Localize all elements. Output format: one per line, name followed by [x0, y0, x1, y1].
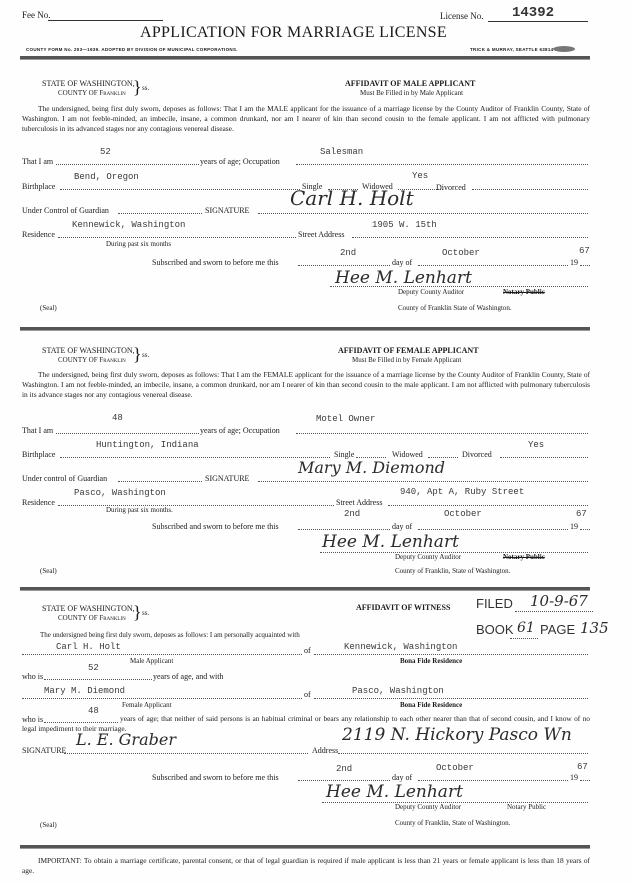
seal-label: (Seal) — [40, 821, 57, 829]
sworn-day-field[interactable] — [298, 520, 390, 530]
county-state-label: County of Franklin State of Washington. — [398, 304, 512, 312]
section-divider — [20, 845, 590, 849]
sworn-day-value: 2nd — [344, 509, 360, 519]
sworn-day-value: 2nd — [340, 248, 356, 258]
county-state-label: County of Franklin, State of Washington. — [395, 567, 510, 575]
section-subheading: Must Be Filled in by Female Applicant — [352, 356, 461, 364]
who-is-label: who is — [22, 672, 43, 681]
male-residence-value: Kennewick, Washington — [344, 642, 457, 652]
day-of-label: day of — [392, 522, 412, 531]
sworn-month-value: October — [444, 509, 482, 519]
sworn-label: Subscribed and sworn to before me this — [152, 522, 279, 531]
divorced-label: Divorced — [436, 183, 466, 192]
birthplace-label: Birthplace — [22, 182, 55, 191]
sworn-month-field[interactable] — [418, 256, 568, 266]
age-field[interactable] — [56, 155, 199, 165]
guardian-label: Under control of Guardian — [22, 474, 107, 483]
address-label: Address — [312, 746, 338, 755]
brace-icon: } — [133, 345, 142, 363]
female-signature: Mary M. Diemond — [298, 458, 445, 477]
birthplace-value: Huntington, Indiana — [96, 440, 199, 450]
section-heading: AFFIDAVIT OF FEMALE APPLICANT — [338, 346, 479, 355]
year-prefix: 19 — [570, 522, 578, 531]
ss-label: ss. — [142, 351, 149, 359]
birthplace-label: Birthplace — [22, 450, 55, 459]
occupation-value: Motel Owner — [316, 414, 375, 424]
state-label: STATE OF WASHINGTON, — [42, 79, 135, 88]
street-value: 940, Apt A, Ruby Street — [400, 487, 524, 497]
auditor-signature: Hee M. Lenhart — [322, 532, 459, 552]
sworn-label: Subscribed and sworn to before me this — [152, 258, 279, 267]
license-field[interactable] — [488, 21, 588, 22]
address-value: 2119 N. Hickory Pasco Wn — [342, 725, 572, 745]
bona-fide-label: Bona Fide Residence — [400, 657, 462, 665]
filed-value: 10-9-67 — [530, 592, 588, 610]
witness-intro: The undersigned being first duly sworn, … — [40, 631, 300, 639]
female-residence-field[interactable] — [314, 697, 588, 699]
sworn-year-field[interactable] — [580, 256, 590, 266]
county-state-label: County of Franklin, State of Washington. — [395, 819, 510, 827]
occupation-value: Salesman — [320, 147, 363, 157]
widowed-field[interactable] — [428, 448, 458, 458]
year-prefix: 19 — [570, 258, 578, 267]
sworn-year-field[interactable] — [580, 771, 590, 781]
sworn-day-value: 2nd — [336, 764, 352, 774]
signature-label: SIGNATURE — [22, 746, 66, 755]
book-label: BOOK — [476, 622, 514, 637]
occupation-label: years of age; Occupation — [200, 426, 280, 435]
header-divider — [20, 56, 590, 60]
county-label: COUNTY OF Franklin — [58, 89, 126, 97]
day-of-label: day of — [392, 773, 412, 782]
of-label: of — [304, 646, 311, 655]
auditor-signature: Hee M. Lenhart — [326, 782, 463, 802]
and-with-label: years of age, and with — [153, 672, 223, 681]
witness-signature: L. E. Graber — [76, 730, 176, 749]
age-label: That I am — [22, 157, 53, 166]
female-name-value: Mary M. Diemond — [44, 686, 125, 696]
seal-label: (Seal) — [40, 567, 57, 575]
fee-field[interactable] — [48, 20, 163, 21]
guardian-label: Under Control of Guardian — [22, 206, 109, 215]
residence-note: During past six months — [106, 240, 171, 248]
section-divider — [20, 327, 590, 331]
license-number: 14392 — [512, 5, 554, 21]
age-label: That I am — [22, 426, 53, 435]
deputy-label: Deputy County Auditor — [395, 553, 461, 561]
oath-paragraph: The undersigned, being first duly sworn,… — [22, 370, 590, 400]
street-label: Street Address — [336, 498, 382, 507]
male-name-value: Carl H. Holt — [56, 642, 121, 652]
notary-label: Notary Public — [503, 553, 545, 561]
widowed-value: Yes — [412, 171, 428, 181]
age-field[interactable] — [56, 424, 199, 434]
residence-label: Residence — [22, 230, 55, 239]
age-value: 52 — [100, 147, 111, 157]
notary-label: Notary Public — [503, 288, 545, 296]
sworn-year-value: 67 — [576, 509, 587, 519]
oath-paragraph: The undersigned, being first duly sworn,… — [22, 104, 590, 134]
sworn-month-field[interactable] — [418, 520, 568, 530]
brace-icon: } — [133, 603, 142, 621]
state-label: STATE OF WASHINGTON, — [42, 604, 135, 613]
sworn-month-value: October — [436, 763, 474, 773]
notary-label: Notary Public — [507, 803, 546, 811]
union-bug-icon — [553, 46, 575, 52]
year-prefix: 19 — [570, 773, 578, 782]
license-label: License No. — [440, 11, 483, 21]
sworn-label: Subscribed and sworn to before me this — [152, 773, 279, 782]
signature-label: SIGNATURE — [205, 206, 249, 215]
filed-label: FILED — [476, 596, 513, 611]
sworn-month-value: October — [442, 248, 480, 258]
form-note: COUNTY FORM No. 203—1939. ADOPTED BY DIV… — [26, 47, 238, 52]
signature-label: SIGNATURE — [205, 474, 249, 483]
printer-note: TRICK & MURRAY, SEATTLE 63814 — [470, 47, 553, 52]
age-value: 48 — [112, 413, 123, 423]
street-label: Street Address — [298, 230, 344, 239]
sworn-year-value: 67 — [577, 762, 588, 772]
deputy-label: Deputy County Auditor — [398, 288, 464, 296]
county-label: COUNTY OF Franklin — [58, 614, 126, 622]
single-field[interactable] — [356, 448, 386, 458]
residence-label: Residence — [22, 498, 55, 507]
ss-label: ss. — [142, 84, 149, 92]
ss-label: ss. — [142, 609, 149, 617]
guardian-field[interactable] — [118, 204, 202, 214]
guardian-field[interactable] — [118, 472, 202, 482]
brace-icon: } — [133, 78, 142, 96]
section-divider — [20, 587, 590, 591]
bona-fide-label: Bona Fide Residence — [400, 701, 462, 709]
divorced-field[interactable] — [472, 180, 588, 190]
residence-value: Kennewick, Washington — [72, 220, 185, 230]
birthplace-value: Bend, Oregon — [74, 172, 139, 182]
day-of-label: day of — [392, 258, 412, 267]
auditor-signature: Hee M. Lenhart — [335, 268, 472, 288]
important-note: IMPORTANT: To obtain a marriage certific… — [22, 856, 590, 876]
page-title: APPLICATION FOR MARRIAGE LICENSE — [140, 24, 447, 42]
fee-label: Fee No. — [22, 10, 51, 20]
divorced-label: Divorced — [462, 450, 492, 459]
deputy-label: Deputy County Auditor — [395, 803, 461, 811]
female-applicant-label: Female Applicant — [122, 701, 172, 709]
seal-label: (Seal) — [40, 304, 57, 312]
section-subheading: Must Be Filled in by Male Applicant — [360, 89, 463, 97]
divorced-value: Yes — [528, 440, 544, 450]
book-value: 61 — [517, 620, 535, 636]
male-age-value: 52 — [88, 663, 99, 673]
page-label: PAGE — [540, 622, 575, 637]
male-name-field[interactable] — [22, 653, 302, 655]
section-heading: AFFIDAVIT OF WITNESS — [356, 603, 450, 612]
residence-note: During past six months. — [106, 506, 173, 514]
street-field[interactable] — [388, 496, 588, 506]
residence-value: Pasco, Washington — [74, 488, 166, 498]
street-value: 1905 W. 15th — [372, 220, 437, 230]
sworn-year-field[interactable] — [580, 520, 590, 530]
occupation-label: years of age; Occupation — [200, 157, 280, 166]
female-name-field[interactable] — [22, 697, 302, 699]
male-residence-field[interactable] — [314, 653, 588, 655]
male-applicant-label: Male Applicant — [130, 657, 173, 665]
address-field[interactable] — [338, 744, 588, 754]
occupation-field[interactable] — [296, 424, 588, 434]
sworn-year-value: 67 — [579, 246, 590, 256]
section-heading: AFFIDAVIT OF MALE APPLICANT — [345, 79, 475, 88]
county-label: COUNTY OF Franklin — [58, 356, 126, 364]
of-label: of — [304, 690, 311, 699]
male-signature: Carl H. Holt — [290, 186, 414, 210]
female-residence-value: Pasco, Washington — [352, 686, 444, 696]
page-value: 135 — [580, 619, 609, 637]
state-label: STATE OF WASHINGTON, — [42, 346, 135, 355]
